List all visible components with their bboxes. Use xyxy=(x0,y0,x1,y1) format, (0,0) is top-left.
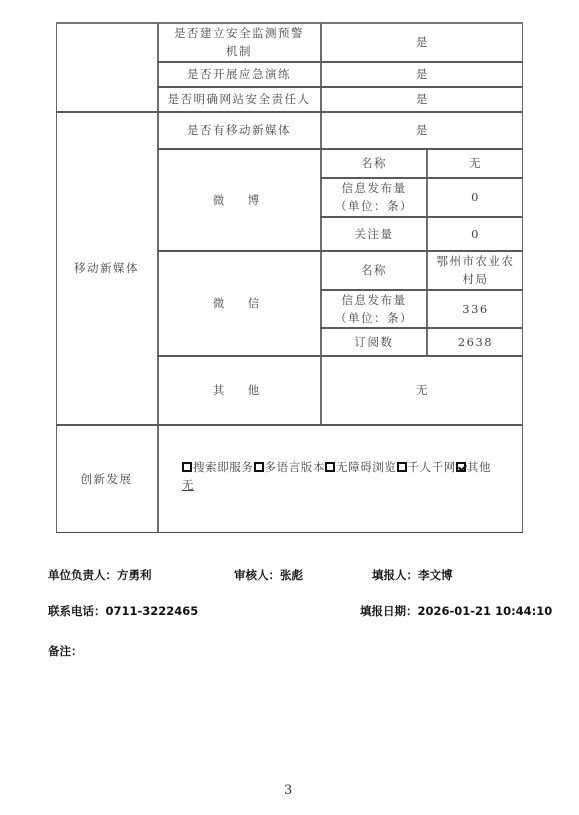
label-line: 机制 xyxy=(226,42,252,60)
checkbox-icon[interactable] xyxy=(397,462,407,472)
emergency-drill-label: 是否开展应急演练 xyxy=(158,62,320,86)
option-label: 多语言版本 xyxy=(265,460,326,474)
label-line: 是否建立安全监测预警 xyxy=(174,24,304,42)
wechat-label: 微 信 xyxy=(158,251,320,355)
innovation-other-text: 无 xyxy=(182,478,194,492)
weibo-name-value: 无 xyxy=(428,149,523,177)
option-label: 其他 xyxy=(467,460,491,474)
option-search-service[interactable]: 搜索即服务 xyxy=(182,460,254,474)
wechat-name-value: 鄂州市农业农 村局 xyxy=(428,251,523,289)
security-officer-label: 是否明确网站安全责任人 xyxy=(158,87,320,111)
emergency-drill-value: 是 xyxy=(322,62,523,86)
weibo-posts-label: 信息发布量 （单位：条） xyxy=(322,178,426,216)
option-accessibility[interactable]: 无障碍浏览 xyxy=(325,460,397,474)
checkbox-icon[interactable] xyxy=(254,462,264,472)
innovation-section-label: 创新发展 xyxy=(56,425,157,533)
report-table: 是否建立安全监测预警 机制 是 是否开展应急演练 是 是否明确网站安全责任人 是… xyxy=(56,22,523,533)
other-media-label: 其 他 xyxy=(158,356,320,424)
option-label: 无障碍浏览 xyxy=(336,460,397,474)
label-line: 信息发布量 xyxy=(342,179,407,197)
mobile-media-section-label: 移动新媒体 xyxy=(56,112,157,424)
security-officer-value: 是 xyxy=(322,87,523,111)
wechat-subscribers-label: 订阅数 xyxy=(322,328,426,355)
has-mobile-media-value: 是 xyxy=(322,112,523,148)
weibo-label: 微 博 xyxy=(158,149,320,250)
label-line: 信息发布量 xyxy=(342,291,407,309)
wechat-name-label: 名称 xyxy=(322,251,426,289)
option-label: 搜索即服务 xyxy=(193,460,254,474)
filler: 填报人：李文博 xyxy=(372,567,453,583)
fill-date: 填报日期：2026-01-21 10:44:10 xyxy=(360,603,552,619)
contact-phone: 联系电话：0711-3222465 xyxy=(48,603,198,619)
security-monitoring-value: 是 xyxy=(322,22,523,61)
innovation-options: 搜索即服务多语言版本无障碍浏览千人千网其他 无 xyxy=(182,458,522,494)
weibo-followers-value: 0 xyxy=(428,217,523,250)
security-monitoring-label: 是否建立安全监测预警 机制 xyxy=(158,22,320,61)
wechat-subscribers-value: 2638 xyxy=(428,328,523,355)
weibo-name-label: 名称 xyxy=(322,149,426,177)
value-line: 鄂州市农业农 xyxy=(437,252,515,270)
option-multilanguage[interactable]: 多语言版本 xyxy=(254,460,326,474)
weibo-posts-value: 0 xyxy=(428,178,523,216)
option-label: 千人千网 xyxy=(408,460,456,474)
remarks-label: 备注： xyxy=(48,643,83,659)
wechat-posts-label: 信息发布量 （单位：条） xyxy=(322,290,426,327)
option-personalized[interactable]: 千人千网 xyxy=(397,460,456,474)
unit-head: 单位负责人：方勇利 xyxy=(48,567,152,583)
weibo-followers-label: 关注量 xyxy=(322,217,426,250)
value-line: 村局 xyxy=(463,270,489,288)
page-number: 3 xyxy=(284,783,292,798)
wechat-posts-value: 336 xyxy=(428,290,523,327)
has-mobile-media-label: 是否有移动新媒体 xyxy=(158,112,320,148)
reviewer: 审核人：张彪 xyxy=(234,567,303,583)
checkbox-icon[interactable] xyxy=(182,462,192,472)
other-media-value: 无 xyxy=(322,356,523,424)
checkbox-icon[interactable] xyxy=(325,462,335,472)
checkbox-checked-icon[interactable] xyxy=(456,462,466,472)
option-other[interactable]: 其他 xyxy=(456,460,491,474)
label-line: （单位：条） xyxy=(335,197,413,215)
label-line: （单位：条） xyxy=(335,309,413,327)
